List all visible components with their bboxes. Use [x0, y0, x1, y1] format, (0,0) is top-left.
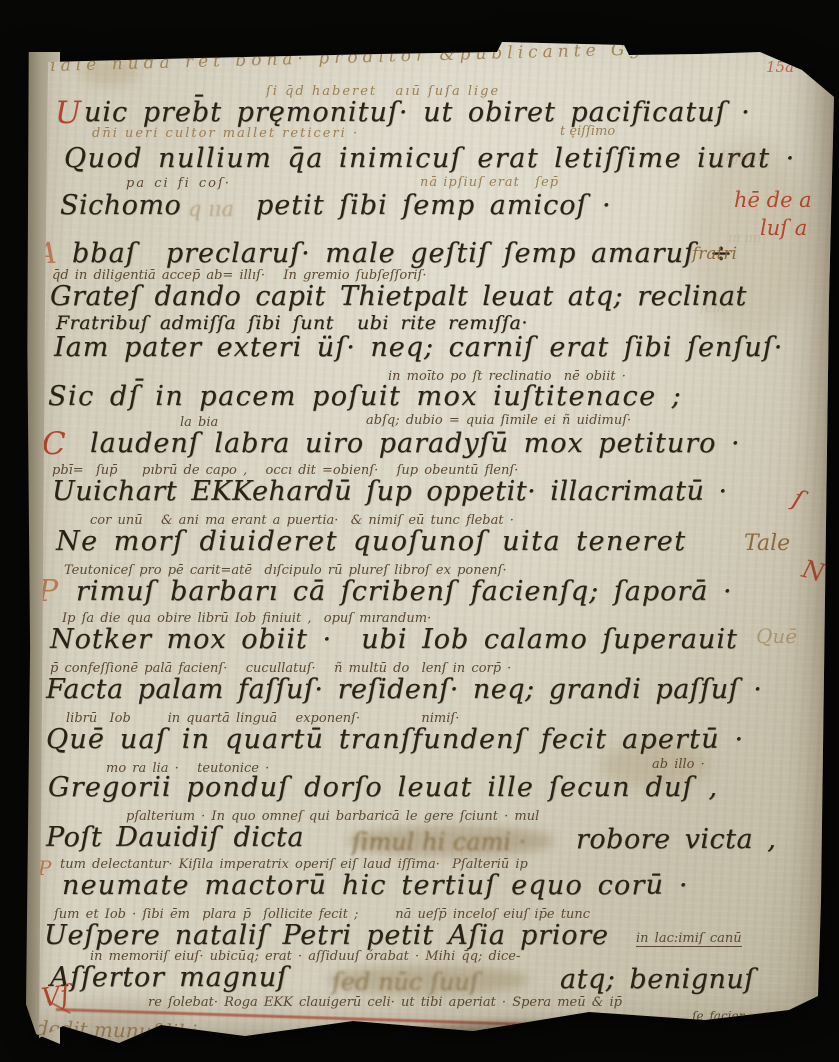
text-layer: iale nuda ret bona· proditor &publicante…: [0, 0, 839, 1062]
verse-line: neumate mactorū hic tertiuſ equo corū ·: [62, 872, 689, 900]
interlinear-gloss: dn̄i ueri cultor mallet reticeri ·: [92, 127, 359, 141]
margin-note: fratri: [692, 246, 737, 264]
margin-rubric-flourish: ſ: [789, 486, 806, 513]
verse-line: uic preb̄t pręmonituſ· ut obiret pacific…: [84, 99, 751, 127]
margin-note: Quē: [756, 626, 797, 647]
page-number: 15a·: [766, 60, 799, 76]
sheet-wrapper: iale nuda ret bona· proditor &publicante…: [0, 0, 839, 1062]
bleedthrough-ghost: ſem: [700, 302, 725, 316]
interlinear-gloss: ſe facier: [692, 1010, 744, 1023]
erased-text: ſed nūc ſuuſ: [332, 970, 479, 995]
verse-line: Ne morſ diuideret quoſunoſ uita teneret: [56, 528, 687, 556]
verse-line: rimuſ barbarı cā ſcribenſ facienſq; ſapo…: [76, 578, 733, 606]
verse-line: Aſſertor magnuſ: [50, 964, 288, 992]
margin-rubric: luſ a: [760, 217, 807, 239]
verse-line: Iam pater exteri üſ· neq; carniſ erat ſi…: [54, 334, 783, 362]
top-rubric-faded-line: iale nuda ret bona· proditor &publicante…: [50, 41, 671, 76]
stain: [160, 1040, 640, 1062]
bleedthrough-ghost: ſıſſımo: [720, 150, 766, 165]
erased-text: ſimul hi cami ·: [352, 830, 526, 855]
verse-line: laudenſ labra uiro paradyſū mox petituro…: [90, 430, 741, 458]
verse-line: Uuichart EKKehardū ſup oppetit· illacrim…: [52, 478, 728, 506]
verse-line: Sichomo: [60, 192, 181, 220]
margin-rubric-flourish: Vſ: [40, 982, 72, 1013]
interlinear-gloss: re ſolebat· Roga EKK clauigerū celi· ut …: [148, 996, 622, 1010]
verse-line: Quē uaſ in quartū tranſfundenſ fecit ape…: [46, 726, 744, 754]
verse-line: Quod nullium q̄a inimicuſ erat letiſſime…: [64, 145, 796, 173]
verse-line: Gregorii ponduſ dorſo leuat ille ſecun d…: [48, 774, 718, 802]
interlinear-gloss: nā ipſiuſ erat ſep̄: [420, 176, 559, 190]
manuscript-photo: iale nuda ret bona· proditor &publicante…: [0, 0, 839, 1062]
verse-line: Notker mox obiit · ubi Iob calamo ſupera…: [50, 626, 738, 654]
verse-line: atq; benignuſ: [560, 966, 755, 994]
interlinear-gloss: ab illo ·: [652, 758, 705, 772]
verse-line-small: Fratribuſ admiſſa ſibi ſunt ubi rite rem…: [56, 314, 528, 334]
verse-line: Facta palam faſſuſ· reſidenſ· neq; grand…: [46, 676, 762, 704]
interlinear-gloss: pa ci fi coſ·: [126, 177, 231, 191]
erased-bottom-line: cū iſ ſūmituſ ſuuſ uac: [300, 1024, 514, 1049]
margin-rubric-flourish: N: [799, 556, 827, 587]
verse-line: bbaſ preclaruſ· male geſtiſ ſemp amaruſ …: [72, 240, 733, 268]
bleedthrough-ghost: ııı ım: [728, 232, 761, 246]
verse-line: Poſt Dauidiſ dicta: [46, 824, 304, 852]
margin-rubric: hē de a: [734, 189, 812, 211]
interlinear-gloss: abſq; dubio = quia ſimile ei ñ uidimuſ·: [366, 414, 631, 428]
interlinear-gloss-underlined: in lac:imiſ canū: [636, 932, 742, 947]
verse-line: Sic dſ̄ in pacem poſuit mox iuſtitenace …: [48, 383, 682, 411]
parchment-page: iale nuda ret bona· proditor &publicante…: [0, 0, 839, 1062]
verse-line: petit ſibi ſemp amicoſ ·: [256, 192, 612, 220]
verse-initial-rubric: U: [55, 97, 81, 130]
verse-line: Grateſ dando capit Thietpalt leuat atq; …: [50, 283, 747, 311]
verse-line: Ueſpere nataliſ Petri petit Aſia priore: [44, 922, 609, 950]
verse-initial-rubric: C: [42, 428, 66, 461]
erased-text: q ııa: [188, 198, 234, 220]
interlinear-gloss: t ęiſſimo: [560, 125, 615, 139]
margin-note: Tale: [744, 532, 790, 555]
verse-line: robore victa ,: [576, 826, 776, 854]
